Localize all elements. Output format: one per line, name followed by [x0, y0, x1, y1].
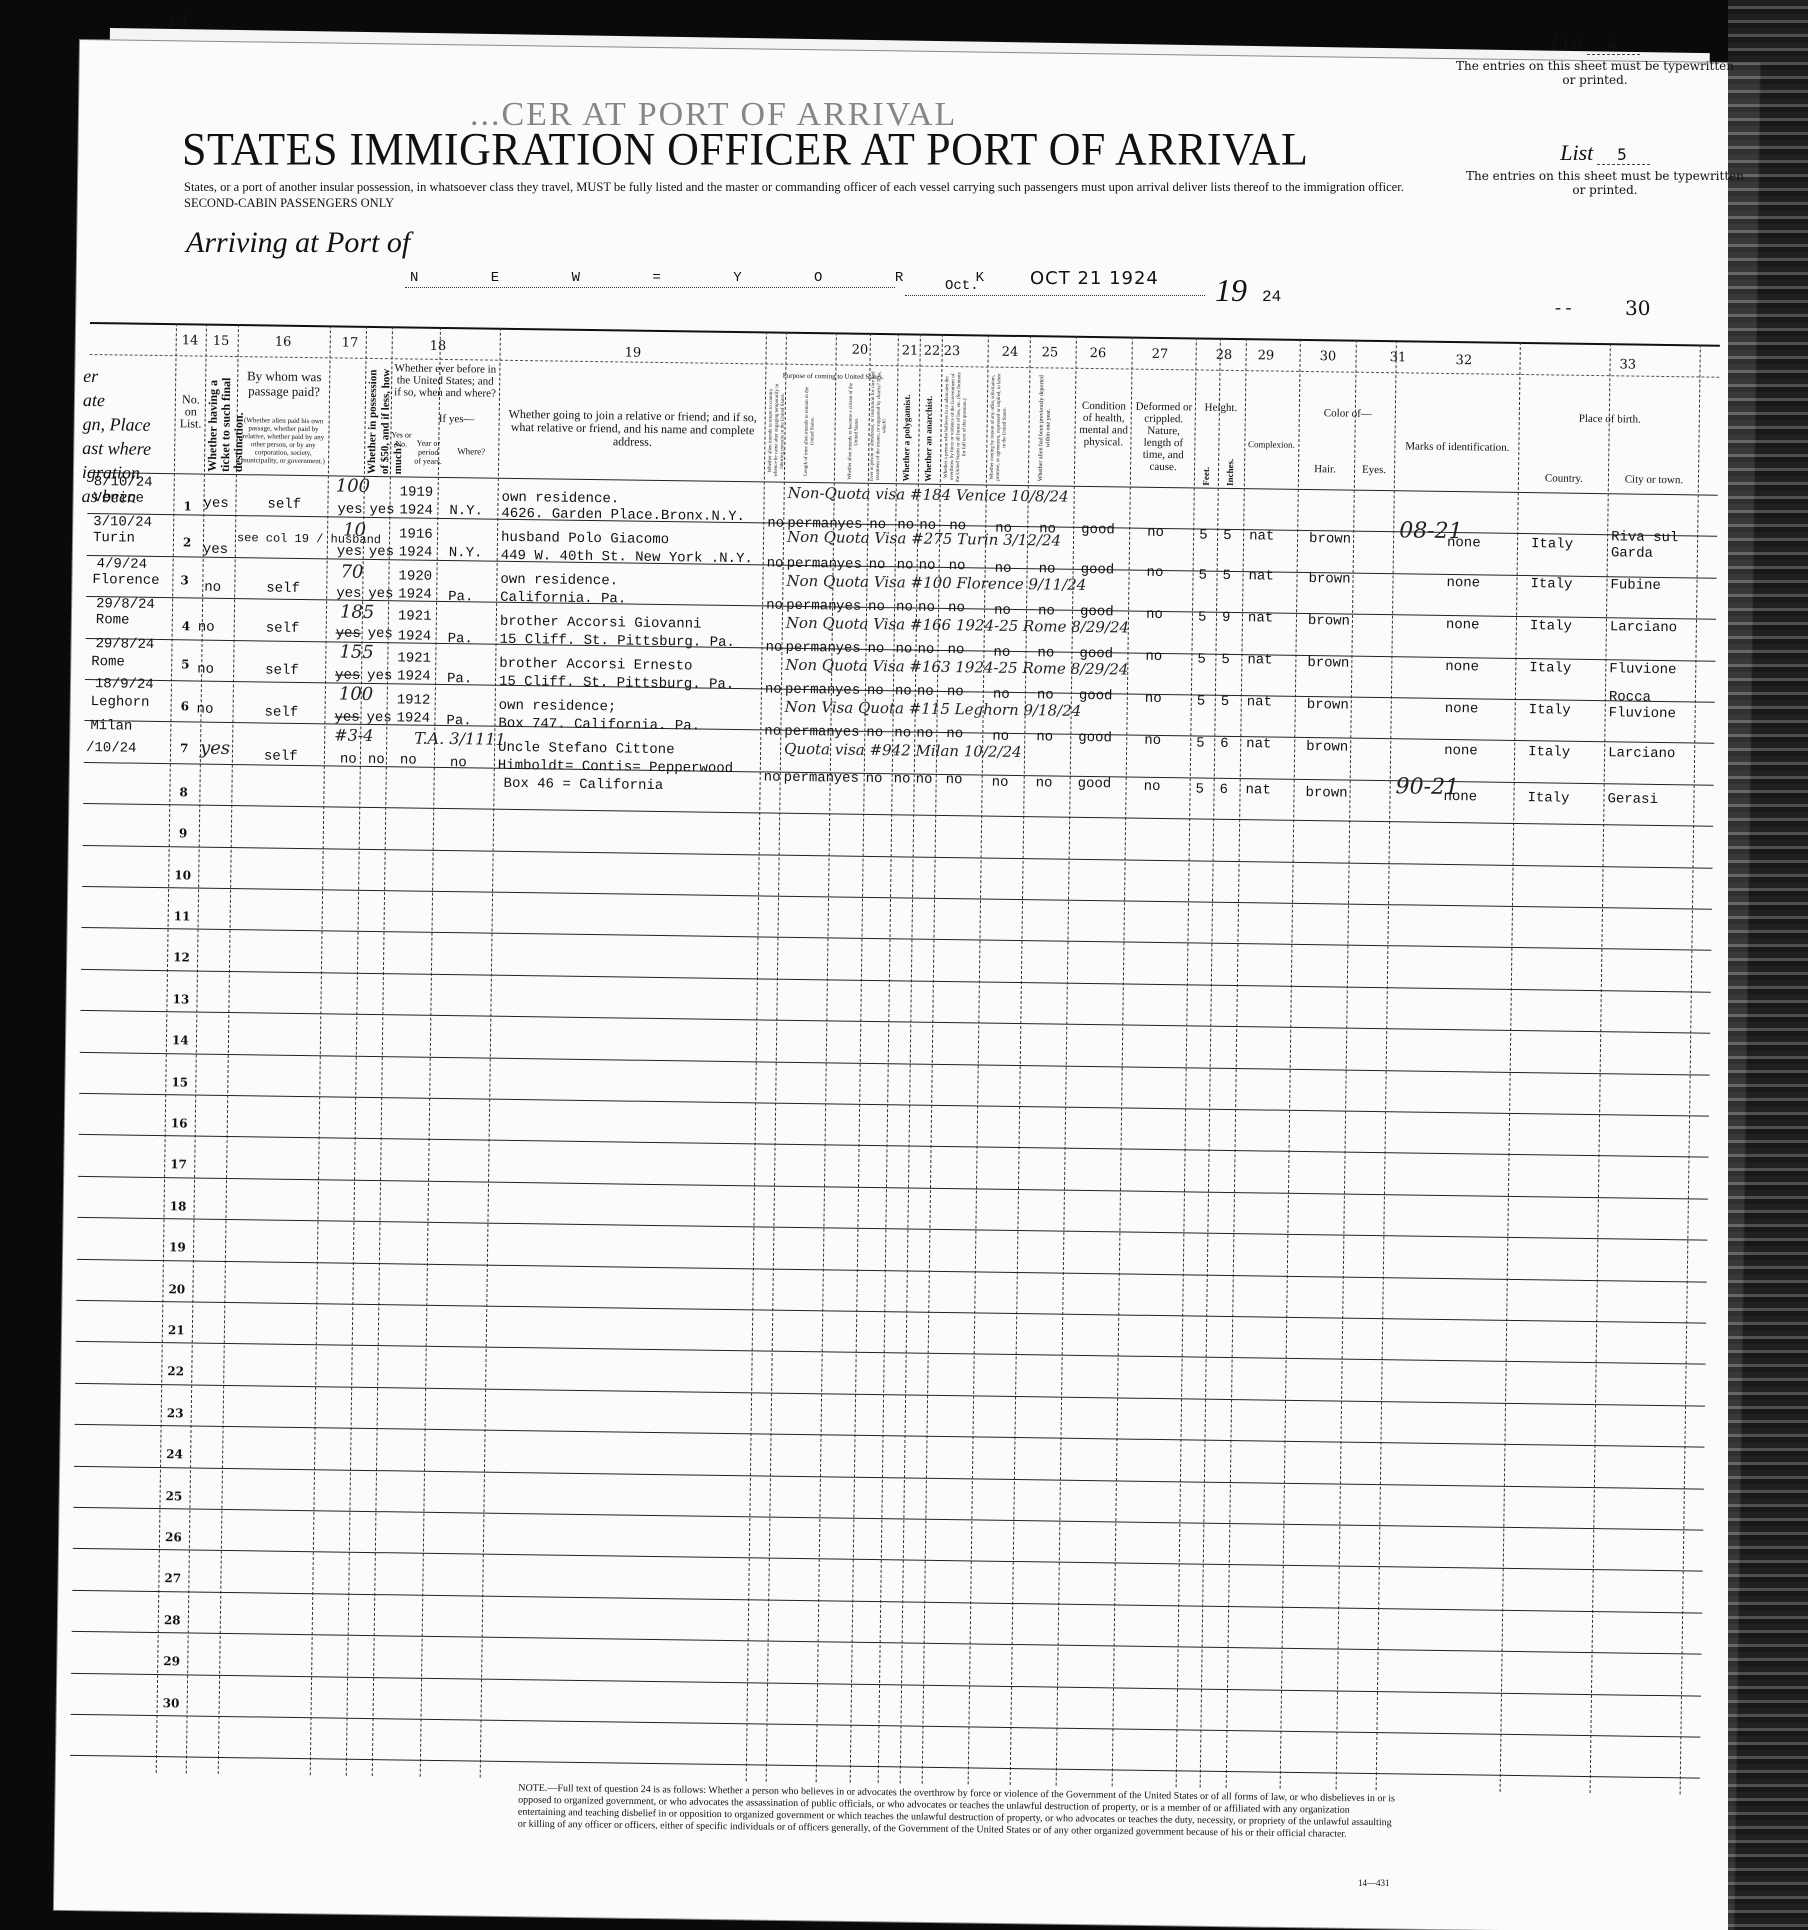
col21-header: Ever in prison or almshouse, or institut… [870, 371, 890, 481]
years-from: 1912 [397, 692, 431, 708]
q24: no [948, 600, 965, 616]
join-line2: 15 Cliff. St. Pittsburg. Pa. [499, 632, 734, 651]
row-number: 15 [171, 1075, 188, 1089]
colnum-25: 25 [1042, 345, 1059, 360]
arrival-month: Oct. [945, 278, 979, 294]
anarchist: no [916, 726, 933, 742]
join-line1: brother Accorsi Ernesto [499, 656, 692, 675]
colnum-15: 15 [213, 334, 230, 349]
left-col-line: gn, Place [82, 412, 151, 437]
before-in-us: yes [366, 710, 391, 726]
hair-color: brown [1307, 655, 1349, 672]
height-inches: 5 [1221, 694, 1230, 710]
birth-city: Rocca Fluvione [1609, 689, 1689, 722]
subtitle-instruction: States, or a port of another insular pos… [184, 180, 1404, 195]
health: good [1078, 730, 1112, 746]
issued-date: /10/24 [86, 740, 137, 757]
col28-header: Deformed or crippled. Nature, length of … [1132, 401, 1195, 474]
hair-color: brown [1307, 697, 1349, 714]
col33-header: Place of birth. [1521, 412, 1699, 426]
citizen-intent: yes [835, 682, 860, 698]
join-line1: brother Accorsi Giovanni [500, 614, 702, 633]
row-separator [72, 1631, 1702, 1655]
hair-color: brown [1309, 531, 1351, 548]
port-underline [405, 287, 895, 288]
col-rule [850, 333, 871, 1783]
complexion: nat [1248, 610, 1273, 626]
where: Pa. [447, 671, 472, 687]
col27-header: Condition of health, mental and physical… [1076, 400, 1131, 449]
return-intent: no [764, 723, 781, 739]
row-number: 7 [180, 741, 189, 755]
row-separator [74, 1465, 1704, 1489]
hair-color: brown [1308, 613, 1350, 630]
issued-place: Florence [92, 572, 159, 589]
issued-place: Turin [93, 530, 135, 547]
col29-feet: Feet. [1200, 450, 1214, 486]
marks: none [1445, 701, 1479, 717]
deformed: no [1144, 733, 1161, 749]
col-rule [922, 334, 943, 1784]
extra-annotation: T.A. 3/1111 [414, 729, 506, 749]
col-rule [1226, 338, 1247, 1788]
issued-date: 29/8/24 [96, 596, 155, 613]
col-rule [766, 332, 787, 1782]
health: good [1078, 776, 1112, 792]
page-title: STATES IMMIGRATION OFFICER AT PORT OF AR… [182, 123, 1308, 177]
money-handwritten: 185 [340, 602, 375, 623]
join-line2: 4626. Garden Place.Bronx.N.Y. [501, 506, 745, 525]
colnum-14: 14 [182, 333, 199, 348]
stacked-pages-edge [1728, 0, 1808, 1930]
row-number: 23 [167, 1406, 184, 1420]
colnum-21: 21 [902, 343, 919, 358]
q24: no [949, 558, 966, 574]
polygamist: no [894, 725, 911, 741]
q24: no [947, 642, 964, 658]
col-rule [878, 333, 899, 1783]
before-in-us: no [368, 752, 385, 768]
list-lower-number: 5 [1597, 145, 1650, 165]
marks: none [1444, 743, 1478, 759]
colnum-18: 18 [430, 339, 447, 354]
visa-annotation: Non Quota Visa #163 1924-25 Rome 8/29/24 [785, 656, 1128, 679]
row-number: 24 [166, 1447, 183, 1461]
money: yes [337, 501, 362, 517]
money-handwritten: #3-4 [334, 725, 373, 745]
colnum-17: 17 [342, 336, 359, 351]
issued-date: 8/10/24 [94, 474, 153, 491]
row-number: 16 [171, 1116, 188, 1130]
complexion: nat [1248, 568, 1273, 584]
issued-date: 18/9/24 [95, 676, 154, 693]
money-handwritten: 100 [339, 684, 374, 705]
col-rule [968, 335, 989, 1785]
col-rule [746, 331, 767, 1781]
row-number: 30 [163, 1696, 180, 1710]
row-number: 2 [183, 535, 192, 549]
height-feet: 5 [1198, 568, 1207, 584]
visa-annotation: Non Quota Visa #275 Turin 3/12/24 [787, 528, 1061, 550]
year-prefix: 19 [1215, 272, 1247, 309]
years-from: 1921 [398, 608, 432, 624]
complexion: nat [1247, 652, 1272, 668]
row-number: 3 [180, 573, 189, 587]
visa-annotation: Non Visa Quota #115 Leghorn 9/18/24 [785, 698, 1082, 720]
hair-color: brown [1308, 571, 1350, 588]
row-number: 8 [179, 785, 188, 799]
col29-inches: Inches. [1224, 442, 1238, 486]
issued-date: 3/10/24 [93, 514, 152, 531]
list-upper-number: 4 [1587, 35, 1640, 55]
row-separator [73, 1548, 1703, 1572]
row-number: 22 [167, 1365, 184, 1379]
before-in-us: yes [369, 544, 394, 560]
where: no [450, 755, 467, 771]
ticket: no [204, 580, 221, 596]
join-line2: 449 W. 40th St. New York .N.Y. [501, 548, 753, 568]
where: N.Y. [449, 503, 483, 519]
col-rule [1500, 342, 1521, 1792]
col23-header: Whether an anarchist. [922, 372, 937, 482]
row-separator [72, 1590, 1702, 1614]
colnum-26: 26 [1090, 346, 1107, 361]
height-inches: 5 [1222, 568, 1231, 584]
join-line2: 15 Cliff. St. Pittsburg. Pa. [499, 674, 734, 693]
issued-place: Leghorn [91, 694, 150, 711]
health: good [1081, 522, 1115, 538]
marks: none [1443, 789, 1477, 805]
row-number: 17 [170, 1158, 187, 1172]
col20a-header: Whether alien intends to return to count… [768, 381, 787, 479]
row-number: 11 [174, 909, 191, 923]
date-underline [905, 295, 1205, 296]
colnum-32: 32 [1455, 353, 1472, 368]
deformed: no [1145, 649, 1162, 665]
deformed: no [1146, 607, 1163, 623]
return-intent: no [764, 769, 781, 785]
row-number: 26 [165, 1530, 182, 1544]
health: good [1079, 688, 1113, 704]
ticket: no [197, 662, 214, 678]
join-line3: Box 46 = California [503, 776, 663, 794]
hair-color: brown [1306, 739, 1348, 756]
col31-hair: Hair. [1300, 463, 1350, 476]
visa-annotation: Non-Quota visa #184 Venice 10/8/24 [788, 484, 1069, 506]
before-in-us: yes [368, 586, 393, 602]
issued-place: Rome [96, 612, 130, 628]
col-rule [1590, 343, 1611, 1793]
colnum-30: 30 [1320, 349, 1337, 364]
row-separator [76, 1341, 1706, 1365]
birth-country: Italy [1531, 536, 1573, 553]
arrival-year: 24 [1262, 288, 1281, 306]
col16-header: By whom was passage paid? [239, 368, 329, 399]
citizen-intent: yes [835, 640, 860, 656]
height-inches: 6 [1219, 782, 1228, 798]
deformed: no [1144, 779, 1161, 795]
row-number: 29 [163, 1654, 180, 1668]
return-intent: no [767, 555, 784, 571]
row-number: 18 [170, 1199, 187, 1213]
join-line2: California. Pa. [500, 590, 626, 608]
col16-note: (Whether alien paid his own passage, whe… [240, 416, 327, 465]
row-separator [75, 1424, 1705, 1448]
anarchist: no [917, 684, 934, 700]
col-rule [816, 332, 837, 1782]
col30-header: Complexion. [1246, 438, 1296, 451]
list-lower: List 5 The entries on this sheet must be… [1465, 146, 1745, 197]
arrival-stamp-date: OCT 21 1924 [1030, 268, 1159, 289]
citizen-intent: yes [837, 556, 862, 572]
complexion: nat [1247, 694, 1272, 710]
money-handwritten: 155 [339, 642, 374, 663]
before-in-us: yes [367, 668, 392, 684]
where: Pa. [446, 713, 471, 729]
col31-header: Color of— [1301, 407, 1395, 420]
birth-country: Italy [1530, 576, 1572, 593]
years-from: 1921 [397, 650, 431, 666]
join-line2: Box 747. California. Pa. [498, 716, 700, 735]
birth-city: Larciano [1608, 745, 1675, 762]
height-feet: 5 [1198, 609, 1207, 625]
birth-city: Riva sul Garda [1611, 529, 1691, 562]
row-number: 13 [172, 992, 189, 1006]
row-number: 1 [183, 499, 192, 513]
col-rule [1112, 337, 1133, 1787]
col18-where: Where? [446, 445, 496, 458]
row-separator [79, 1093, 1709, 1117]
birth-country: Italy [1527, 790, 1569, 807]
col-rule [156, 323, 177, 1773]
q25: no [992, 775, 1009, 791]
height-inches: 9 [1222, 610, 1231, 626]
row-number: 19 [169, 1240, 186, 1254]
row-separator [77, 1217, 1707, 1241]
col25-header: Whether coming by reason of any offer, s… [990, 373, 1010, 483]
money: yes [336, 625, 361, 641]
q24: no [946, 772, 963, 788]
money: yes [337, 543, 362, 559]
birth-city: Larciano [1610, 619, 1677, 636]
where: Pa. [447, 631, 472, 647]
row-number: 6 [181, 699, 190, 713]
years-to: 1924 [399, 502, 433, 518]
left-col-line: ate [83, 388, 152, 413]
polygamist: no [894, 771, 911, 787]
paid-by: self [264, 748, 298, 764]
row-separator [83, 803, 1713, 827]
join-line1: own residence. [500, 572, 618, 590]
before-in-us: yes [368, 626, 393, 642]
col22-header: Whether a polygamist. [900, 371, 915, 481]
row-separator [80, 1010, 1710, 1034]
years-from: 1919 [400, 484, 434, 500]
colnum-22: 22 [924, 344, 941, 359]
row-separator [83, 845, 1713, 869]
col-rule [1200, 338, 1221, 1788]
issued-date: 29/8/24 [95, 636, 154, 653]
form-number: 14—431 [1358, 1878, 1390, 1888]
hair-color: brown [1305, 785, 1347, 802]
polygamist: no [896, 599, 913, 615]
row-number: 5 [181, 657, 190, 671]
citizen-intent: yes [834, 770, 859, 786]
money-handwritten: 10 [343, 520, 366, 541]
return-intent: no [767, 515, 784, 531]
prison: no [869, 557, 886, 573]
row-separator [77, 1259, 1707, 1283]
ticket: yes [203, 542, 228, 558]
return-intent: no [765, 639, 782, 655]
q24: no [947, 684, 964, 700]
citizen-intent: yes [834, 724, 859, 740]
row-separator [71, 1714, 1701, 1738]
birth-city: Fubine [1610, 577, 1661, 594]
paid-by: self [266, 620, 300, 636]
row-separator [78, 1176, 1708, 1200]
return-intent: no [765, 681, 782, 697]
complexion: nat [1246, 736, 1271, 752]
col20c-header: Whether alien intends to become a citize… [848, 383, 861, 481]
col-rule [480, 328, 501, 1778]
visa-annotation: Non Quota Visa #166 1924-25 Rome 8/29/24 [786, 614, 1129, 637]
birth-country: Italy [1530, 618, 1572, 635]
row-separator [75, 1383, 1705, 1407]
col32-header: Marks of identification. [1396, 440, 1518, 454]
col29-header: Height. [1197, 401, 1245, 414]
height-feet: 5 [1195, 781, 1204, 797]
issued-date: 4/9/24 [97, 556, 148, 573]
complexion: nat [1245, 782, 1270, 798]
manifest-table: 14 15 16 17 18 19 20 21 22 23 24 25 26 2… [70, 322, 1720, 1795]
colnum-19: 19 [625, 345, 642, 360]
left-col-line: er [83, 364, 152, 389]
ticket: no [198, 620, 215, 636]
prison: no [867, 641, 884, 657]
anarchist: no [918, 600, 935, 616]
ticket: yes [200, 738, 230, 759]
row-separator [81, 969, 1711, 993]
prison: no [866, 725, 883, 741]
deformed: no [1145, 691, 1162, 707]
polygamist: no [897, 557, 914, 573]
row-number: 27 [164, 1572, 181, 1586]
list-lower-label: List [1560, 140, 1593, 165]
corner-mark: ud [170, 12, 186, 30]
col-rule [1280, 339, 1301, 1789]
row-separator [82, 927, 1712, 951]
list-upper-note: The entries on this sheet must be typewr… [1455, 59, 1735, 87]
money: yes [334, 709, 359, 725]
birth-country: Italy [1529, 702, 1571, 719]
row-number: 25 [166, 1489, 183, 1503]
col19-header: Whether going to join a relative or frie… [504, 408, 761, 451]
colnum-20: 20 [852, 343, 869, 358]
row-separator [76, 1300, 1706, 1324]
col18-header: Whether ever before in the United States… [393, 362, 497, 399]
col14-header: No. on List. [177, 393, 205, 429]
join-line2: Himboldt= Contis= Pepperwood [498, 758, 733, 777]
ticket: no [196, 702, 213, 718]
deformed: no [1147, 525, 1164, 541]
years-to: 1924 [398, 628, 432, 644]
paid-by: self [266, 580, 300, 596]
height-inches: 5 [1223, 528, 1232, 544]
anarchist: no [916, 772, 933, 788]
prison: no [867, 683, 884, 699]
years-from: no [400, 752, 417, 768]
complexion: nat [1249, 528, 1274, 544]
row-number: 9 [179, 826, 188, 840]
height-inches: 5 [1221, 652, 1230, 668]
height-feet: 5 [1196, 735, 1205, 751]
birth-city: Fluvione [1609, 661, 1676, 678]
marks: none [1447, 535, 1481, 551]
polygamist: no [895, 641, 912, 657]
issued-place: Milan [90, 718, 132, 735]
join-line1: own residence. [501, 490, 619, 508]
length-of-stay: perman [786, 598, 837, 615]
visa-annotation: Quota visa #942 Milan 10/2/24 [784, 740, 1022, 761]
row-number: 21 [168, 1323, 185, 1337]
col18-ifyes: If yes— [415, 413, 499, 426]
row-number: 20 [168, 1282, 185, 1296]
colnum-33: 33 [1619, 357, 1636, 372]
row-separator [80, 1052, 1710, 1076]
col-rule [900, 334, 921, 1784]
marks: none [1446, 575, 1480, 591]
col31-eyes: Eyes. [1354, 464, 1394, 477]
birth-country: Italy [1528, 744, 1570, 761]
port-of-arrival: N E W = Y O R K [410, 270, 1016, 286]
years-from: 1916 [399, 526, 433, 542]
row-separator [82, 886, 1712, 910]
paid-by: self [264, 704, 298, 720]
prison: no [866, 771, 883, 787]
row-number: 12 [173, 951, 190, 965]
row-number: 28 [164, 1613, 181, 1627]
col18-year: Year or period of years. [414, 439, 442, 466]
birth-city: Gerasi [1607, 791, 1658, 808]
length-of-stay: perman [785, 640, 836, 657]
deported: no [1036, 729, 1053, 745]
money: yes [335, 667, 360, 683]
sheet-number: 30 [1625, 296, 1650, 320]
marks: none [1446, 617, 1480, 633]
length-of-stay: perman [787, 556, 838, 573]
where: Pa. [448, 589, 473, 605]
join-line1: husband Polo Giacomo [501, 530, 669, 548]
issued-place: Venice [93, 490, 144, 507]
ticket: yes [203, 496, 228, 512]
sheet-dash: - - [1555, 297, 1572, 318]
colnum-24: 24 [1002, 345, 1019, 360]
list-upper: List 4 The entries on this sheet must be… [1455, 36, 1735, 87]
before-in-us: yes [369, 502, 394, 518]
colnum-16: 16 [275, 335, 292, 350]
money: yes [336, 585, 361, 601]
subtitle-class: SECOND-CABIN PASSENGERS ONLY [184, 196, 394, 211]
anarchist: no [919, 558, 936, 574]
colnum-23: 23 [944, 344, 961, 359]
list-lower-note: The entries on this sheet must be typewr… [1465, 169, 1745, 197]
length-of-stay: perman [784, 724, 835, 741]
height-inches: 6 [1220, 736, 1229, 752]
marks: none [1445, 659, 1479, 675]
q24: no [946, 726, 963, 742]
paid-by: self [265, 662, 299, 678]
